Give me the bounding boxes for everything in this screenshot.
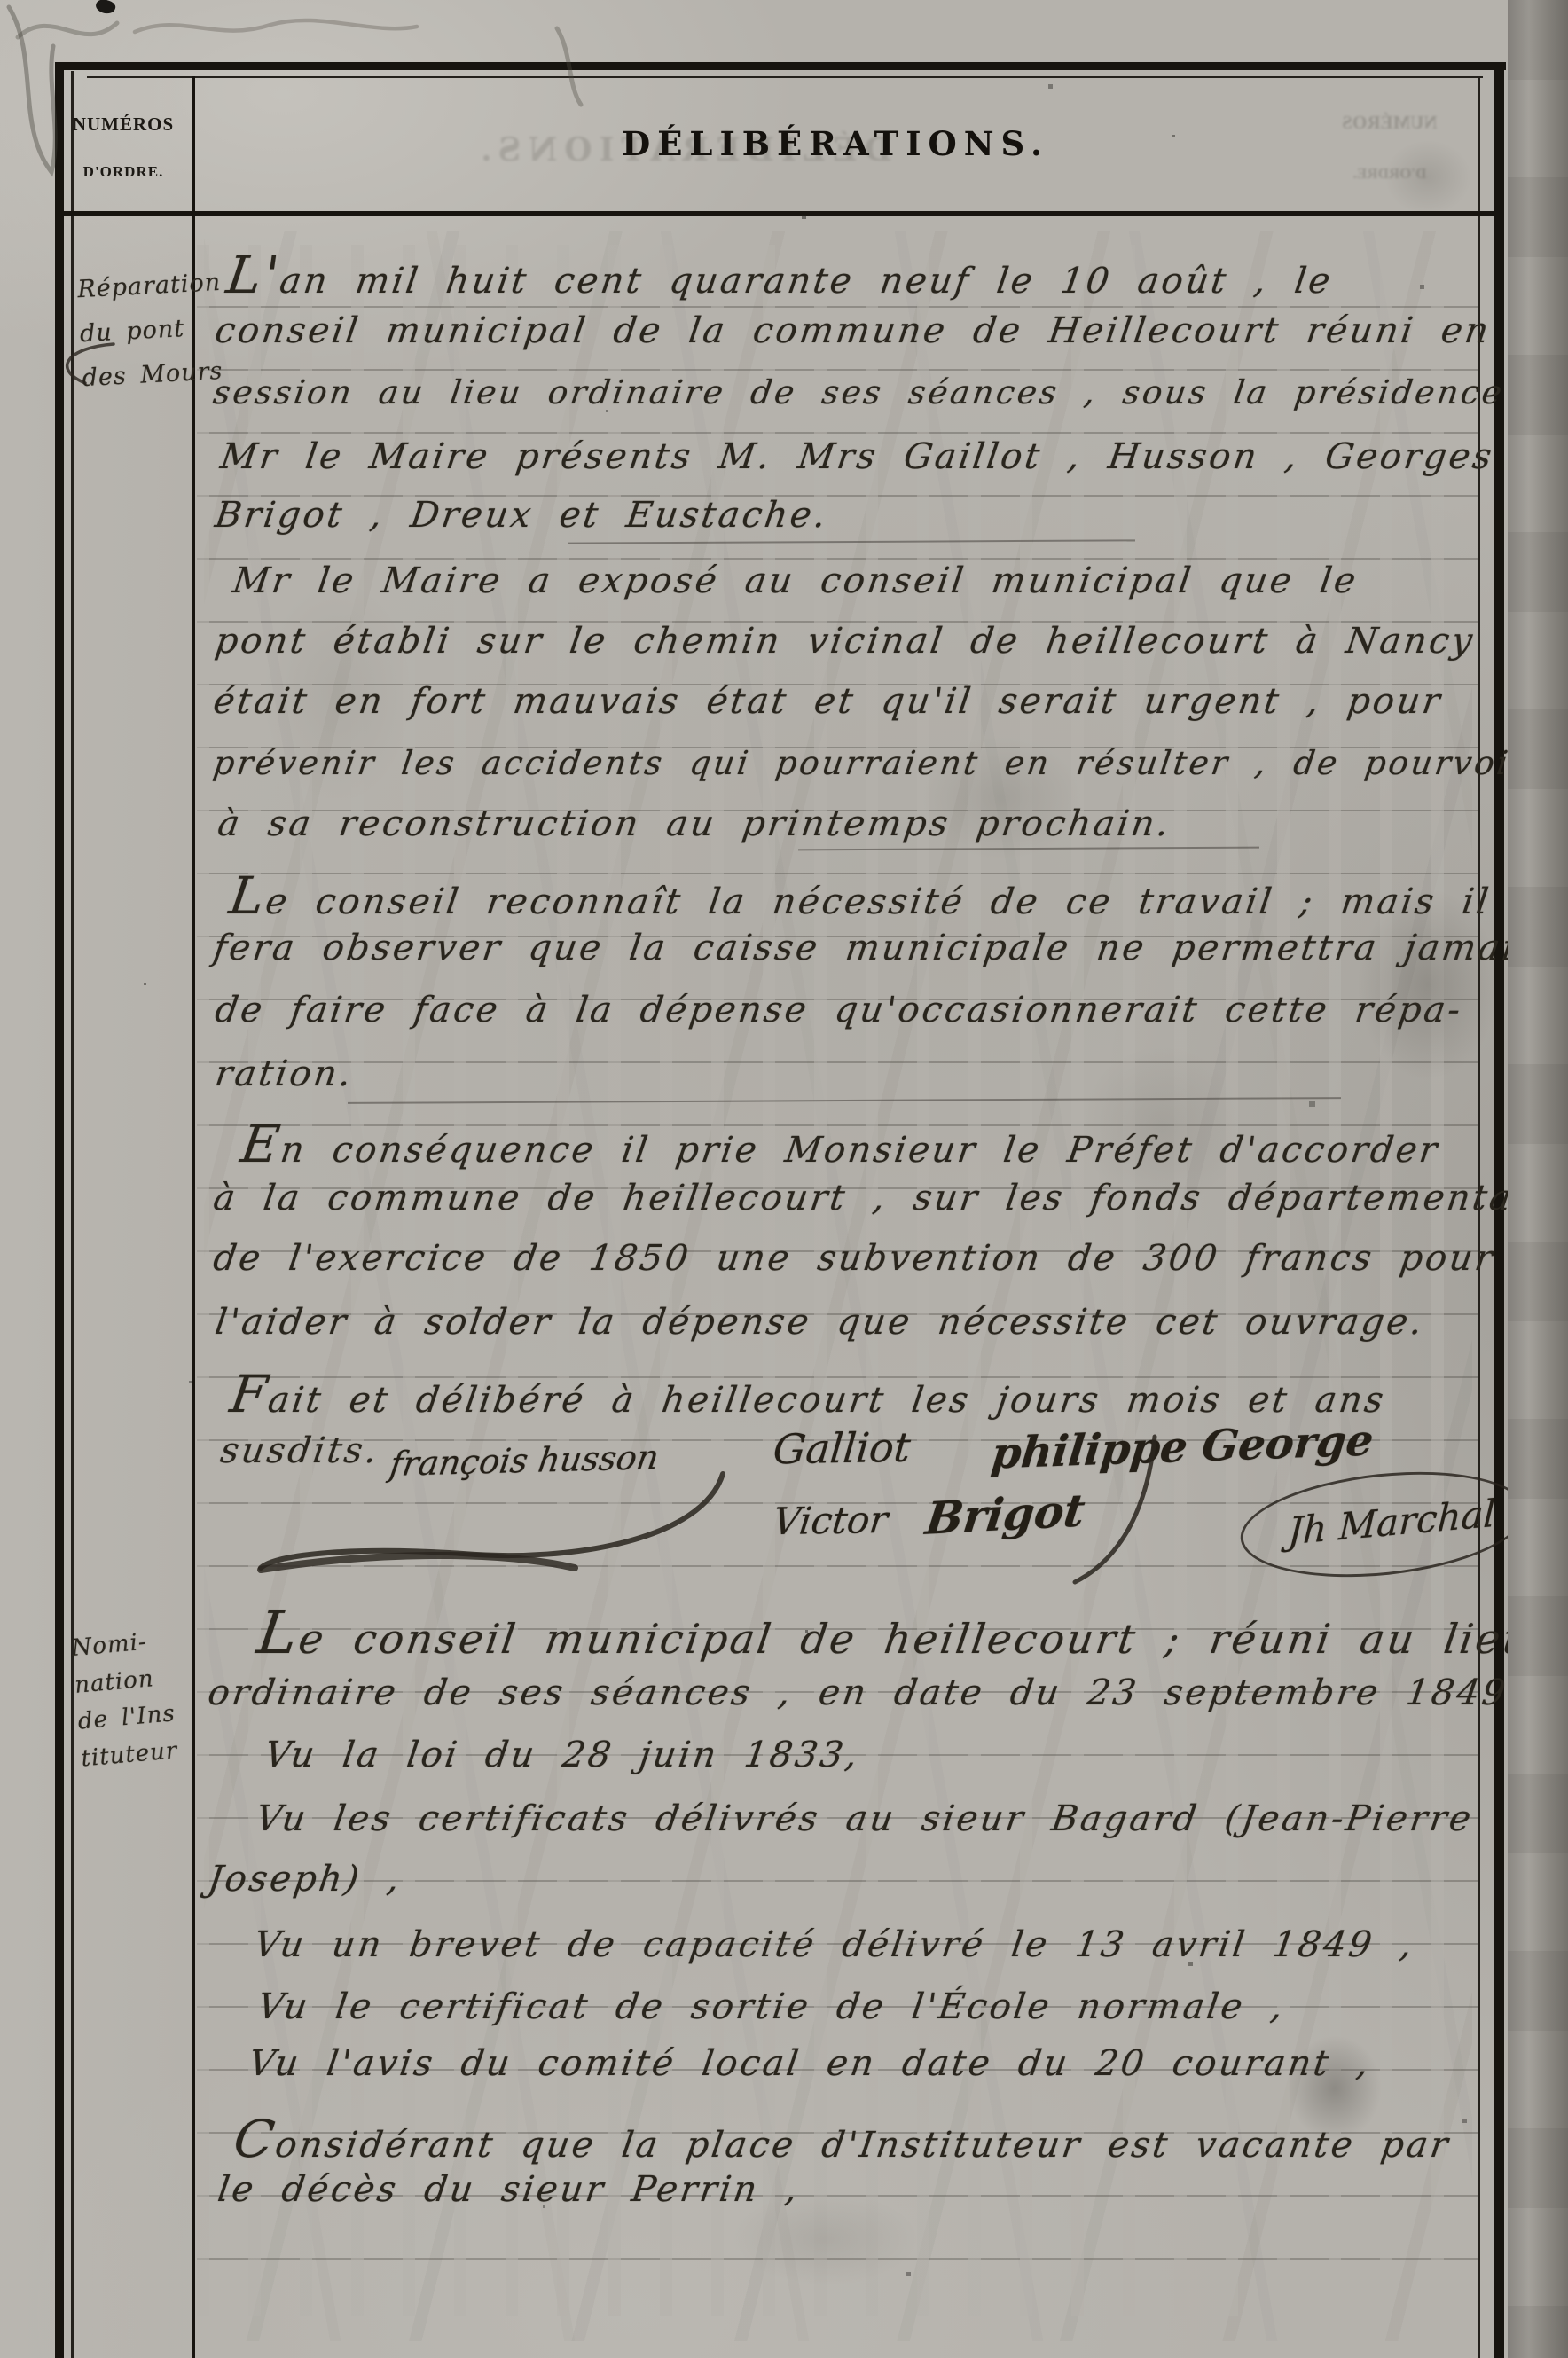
- scanned-register-page: NUMÉROS D'ORDRE. DÉLIBÉRATIONS. DÉLIBÉRA…: [0, 0, 1568, 2358]
- handwriting-line: Brigot , Dreux et Eustache.: [213, 497, 830, 534]
- margin-note-line: du pont: [79, 305, 224, 356]
- margin-note-line: tituteur: [80, 1733, 180, 1778]
- handwriting-line: de l'exercice de 1850 une subvention de …: [211, 1240, 1497, 1277]
- handwriting-line: Joseph) ,: [206, 1861, 404, 1898]
- handwriting-line: Vu les certificats délivrés au sieur Bag…: [254, 1800, 1476, 1837]
- handwriting-line: ordinaire de ses séances , en date du 23…: [206, 1674, 1524, 1712]
- handwriting-line: de faire face à la dépense qu'occasionne…: [213, 991, 1465, 1029]
- handwriting-line: session au lieu ordinaire de ses séances…: [211, 376, 1568, 411]
- signature-victor: Victor: [771, 1498, 890, 1543]
- order-heading-ghost-line2: D'ORDRE.: [1297, 165, 1483, 183]
- margin-note-line: des Mours: [81, 349, 226, 401]
- margin-note-line: Réparation: [76, 261, 222, 312]
- handwriting-line: En conséquence il prie Monsieur le Préfe…: [238, 1117, 1444, 1171]
- frame-top-thick: [55, 62, 1506, 70]
- handwriting-line: conseil municipal de la commune de Heill…: [213, 312, 1494, 349]
- handwriting-line: Vu l'avis du comité local en date du 20 …: [247, 2045, 1374, 2082]
- handwriting-line: le décès du sieur Perrin ,: [216, 2171, 802, 2208]
- ink-blot: [94, 0, 117, 16]
- handwriting-line: Considérant que la place d'Instituteur e…: [231, 2112, 1454, 2166]
- handwriting-line: pont établi sur le chemin vicinal de hei…: [213, 623, 1477, 660]
- handwriting-line: L'an mil huit cent quarante neuf le 10 a…: [223, 248, 1337, 302]
- handwriting-line: Vu un brevet de capacité délivré le 13 a…: [252, 1926, 1417, 1963]
- margin-note-entry2: Nomi- nation de l'Ins tituteur: [70, 1623, 180, 1778]
- handwriting-line: Mr le Maire a exposé au conseil municipa…: [231, 562, 1360, 599]
- handwriting-line: était en fort mauvais état et qu'il sera…: [211, 683, 1445, 720]
- frame-top-thin: [87, 76, 1483, 78]
- handwriting-line: Mr le Maire présents M. Mrs Gaillot , Hu…: [218, 438, 1537, 475]
- handwriting-line: l'aider à solder la dépense que nécessit…: [213, 1304, 1427, 1341]
- handwriting-line: prévenir les accidents qui pourraient en…: [211, 747, 1531, 781]
- order-column-divider: [192, 76, 195, 2358]
- frame-left-thin: [71, 71, 74, 2358]
- order-column-heading-line2: D'ORDRE.: [55, 163, 192, 181]
- signature-galliot: Galliot: [772, 1423, 913, 1474]
- handwriting-line: Le conseil reconnaît la nécessité de ce …: [226, 869, 1495, 923]
- page-binding-edge: [1508, 0, 1568, 2358]
- handwriting-line: fera observer que la caisse municipale n…: [211, 929, 1540, 967]
- frame-left-thick: [55, 62, 64, 2358]
- handwriting-line: à la commune de heillecourt , sur les fo…: [211, 1179, 1564, 1217]
- signature-husson: françois husson: [388, 1438, 662, 1484]
- handwriting-line: Le conseil municipal de heillecourt ; ré…: [254, 1602, 1537, 1664]
- handwriting-line: susdits.: [218, 1432, 381, 1469]
- handwriting-line: Vu la loi du 28 juin 1833,: [263, 1736, 862, 1774]
- page-title: DÉLIBÉRATIONS.: [192, 124, 1479, 163]
- header-bottom-rule: [55, 211, 1504, 216]
- signature-brigot: Brigot: [922, 1484, 1087, 1545]
- handwriting-line: à sa reconstruction au printemps prochai…: [216, 805, 1173, 842]
- ink-specks: [0, 0, 3, 3]
- order-column-heading-line1: NUMÉROS: [55, 114, 192, 136]
- handwriting-line: Fait et délibéré à heillecourt les jours…: [227, 1367, 1391, 1422]
- handwriting-line: Vu le certificat de sortie de l'École no…: [255, 1988, 1288, 2025]
- margin-note-entry1: Réparation du pont des Mours: [76, 261, 226, 401]
- handwriting-line: ration.: [213, 1055, 356, 1093]
